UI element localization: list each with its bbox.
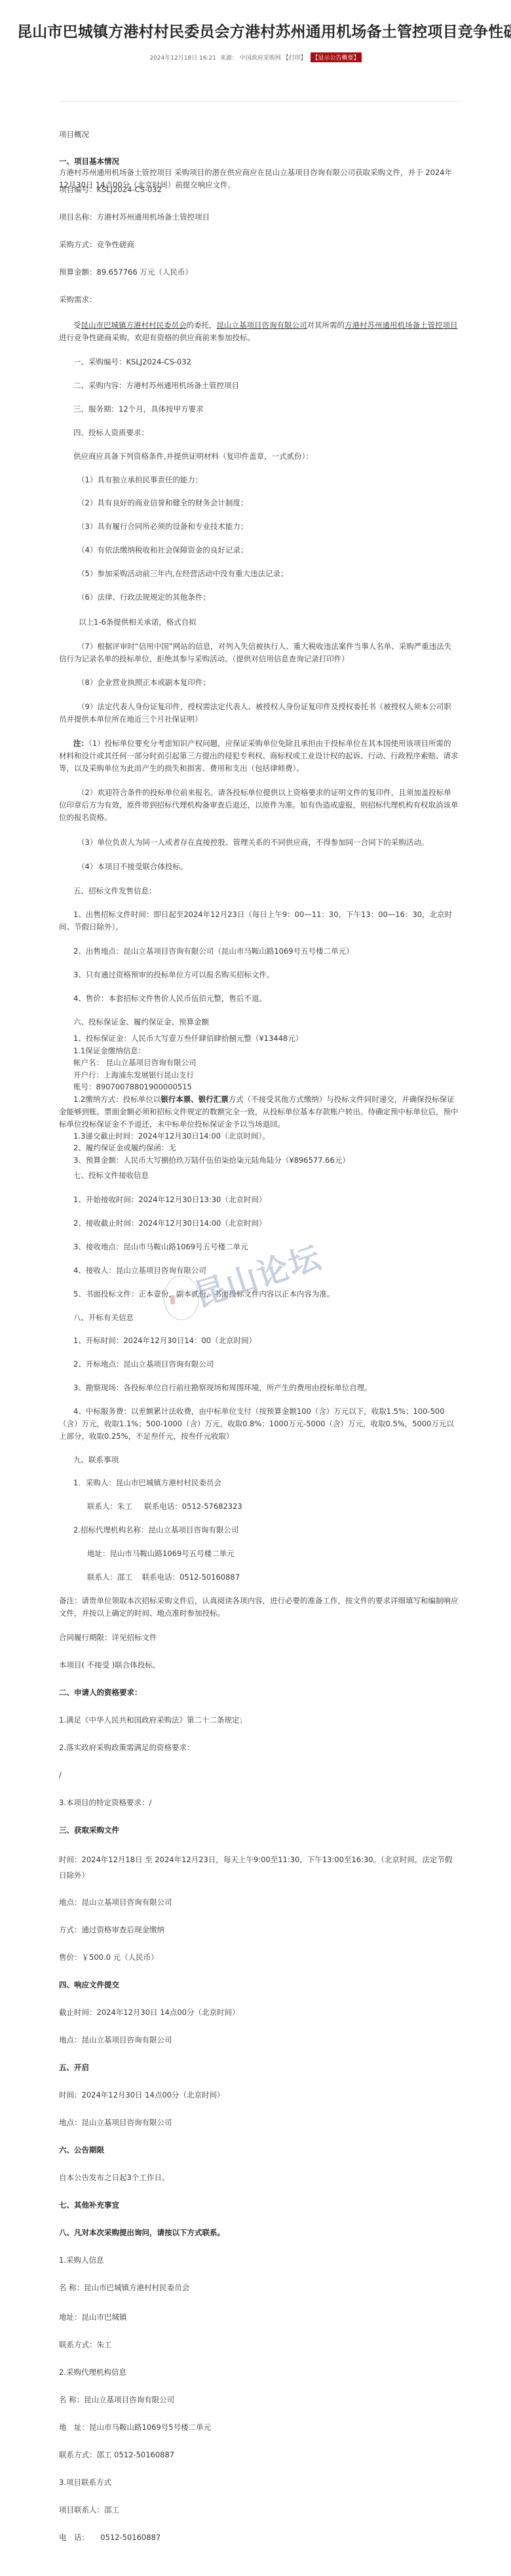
qualification-9: （9）法定代表人身份证复印件，授权需法定代表人、被授权人身份证复印件及授权委托书… <box>59 701 459 726</box>
sale-price: 4、售价：本套招标文件售价人民币伍佰元整，售后不退。 <box>73 992 459 1005</box>
source-name: 中国政府采购网 <box>240 55 281 62</box>
agency-link[interactable]: 昆山立基项目咨询有限公司 <box>217 321 307 330</box>
open-time: 时间：2024年12月30日 14点00分（北京时间） <box>59 2089 459 2101</box>
section-3-heading: 三、获取采购文件 <box>59 1824 459 1837</box>
header-divider <box>59 101 459 102</box>
qualification-1: （1）具有独立承担民事责任的能力； <box>77 474 459 486</box>
account-name: 帐户名： 昆山立基项目咨询有限公司 <box>73 1057 459 1069</box>
purchaser-info-label: 1.采购人信息 <box>59 2254 459 2267</box>
purchaser-name: 名 称：昆山市巴城镇方港村村民委员会 <box>59 2282 459 2294</box>
source-label: 来源： <box>220 55 238 62</box>
item-service-period: 三、服务期：12个月，具体按甲方要求 <box>73 403 459 416</box>
entrust-mid1: 的委托， <box>187 321 217 330</box>
bid-deposit: 1、投标保证金：人民币大写壹万叁仟肆佰肆拾捌元整（¥13448元） <box>73 1032 459 1045</box>
qualification-6: （6）法律、行政法规规定的其他条件； <box>77 591 459 604</box>
item-purchase-content: 二、采购内容：方港村苏州通用机场备土管控项目 <box>73 380 459 392</box>
article-meta: 2024年12月18日 16:21 来源：中国政府采购网 【打印】 【显示公告概… <box>0 52 511 62</box>
note-1-text: （1）投标单位要充分考虑知识产权问题，应保证采购单位免除且承担由于投标单位在其本… <box>59 739 459 773</box>
note-4: （4）本项目不接受联合体投标。 <box>77 861 459 873</box>
qualification-policy-value: / <box>59 1769 459 1782</box>
remark: 备注：请贵单位领取本次招标采购文件后，认真阅读各项内容，进行必要的准备工作，按文… <box>59 1595 459 1620</box>
announcement-page: 昆山市巴城镇方港村村民委员会方港村苏州通用机场备土管控项目竞争性磋商 2024年… <box>0 0 511 2576</box>
submit-place: 地点：昆山立基项目咨询有限公司 <box>59 2034 459 2046</box>
acquire-place: 地点：昆山立基项目咨询有限公司 <box>59 1896 459 1909</box>
item-purchase-no: 一、采购编号：KSLJ2024-CS-032 <box>73 356 459 368</box>
qualification-intro: 供应商应具备下列资格条件,并提供证明材料（复印件盖章，一式贰份）： <box>73 450 459 463</box>
receive-heading: 七、投标文件接收信息 <box>73 1169 459 1182</box>
performance-bond: 2、履约保证金或履约保函：无 <box>73 1142 459 1154</box>
submit-deadline: 截止时间：2024年12月30日 14点00分（北京时间） <box>59 2006 459 2019</box>
qualification-law: 1.满足《中华人民共和国政府采购法》第二十二条规定； <box>59 1714 459 1727</box>
project-contact-label: 3.项目联系方式 <box>59 2476 459 2489</box>
agency-address: 地 址：昆山市马鞍山路1069号5号楼二单元 <box>59 2421 459 2434</box>
section-6-heading: 六、公告期限 <box>59 2144 459 2156</box>
bank-name: 开户行：上海浦东发展银行昆山支行 <box>73 1069 459 1082</box>
project-contact-phone: 电 话： 0512-50160887 <box>59 2531 459 2544</box>
item-qualification: 四、投标人资质要求： <box>73 427 459 439</box>
contact-purchaser: 1．采购人：昆山市巴城镇方港村村民委员会 <box>73 1477 459 1489</box>
acquire-time: 时间：2024年12月18日 至 2024年12月23日，每天上午9:00至11… <box>59 1852 459 1883</box>
purchaser-contact: 联系方式：朱工 <box>59 2339 459 2351</box>
qualification-specific: 3.本项目的特定资格要求：/ <box>59 1797 459 1809</box>
sale-place: 2、出售地点：昆山立基项目咨询有限公司（昆山市马鞍山路1069号五号楼二单元） <box>73 945 459 958</box>
contact-agency-person: 联系人：邵工 联系电话：0512-50160887 <box>87 1571 459 1584</box>
project-name: 项目名称：方港村苏州通用机场备土管控项目 <box>59 211 459 224</box>
contact-agency-address: 地址：昆山市马鞍山路1069号五号楼二单元 <box>87 1548 459 1560</box>
section-1-heading: 一、项目基本情况 <box>59 155 459 168</box>
qualification-5: （5）参加采购活动前三年内,在经营活动中没有重大违法记录； <box>77 568 459 580</box>
note-1: 注：（1）投标单位要充分考虑知识产权问题，应保证采购单位免除且承担由于投标单位在… <box>59 737 459 775</box>
written-bid: 5、书面投标文件：正本壹份，副本贰份，书面投标文件内容以正本内容为准。 <box>73 1288 459 1300</box>
contact-heading: 九、联系事项 <box>73 1454 459 1466</box>
deposit-heading: 六、投标保证金、履约保证金、预算金额 <box>73 1016 459 1028</box>
contact-agency: 2.招标代理机构名称：昆山立基项目咨询有限公司 <box>73 1524 459 1536</box>
section-8-heading: 八、凡对本次采购提出询问，请按以下方式联系。 <box>59 2227 459 2239</box>
payment-pre: 1.2缴纳方式：投标单位以 <box>73 1095 161 1104</box>
qualification-3: （3）具有履行合同所必须的设备和专业技术能力； <box>77 520 459 533</box>
qualification-4: （4）有依法缴纳税收和社会保障资金的良好记录； <box>77 544 459 556</box>
project-number: 项目编号：KSLJ2024-CS-032 <box>59 184 459 196</box>
document-price: 售价：￥500.0 元（人民币） <box>59 1951 459 1964</box>
qualification-8: （8）企业营业执照正本或副本复印件； <box>77 676 459 689</box>
opening-time: 1、开标时间：2024年12月30日14：00（北京时间） <box>73 1335 459 1347</box>
deposit-deadline: 1.3递交截止时间：2024年12月30日14:00（北京时间）。 <box>73 1130 459 1142</box>
payment-method: 1.2缴纳方式：投标单位以银行本票、银行汇票方式（不接受其他方式缴纳）与投标文件… <box>59 1093 459 1131</box>
sale-eligibility: 3、只有通过资格预审的投标单位方可以报名购买招标文件。 <box>73 969 459 981</box>
print-link[interactable]: 【打印】 <box>283 55 307 62</box>
qualification-7: （7）根据评审时“信用中国”网站的信息，对列入失信被执行人、重大税收违法案件当事… <box>59 640 459 665</box>
section-7-heading: 七、其他补充事宜 <box>59 2199 459 2212</box>
opening-heading: 八、开标有关信息 <box>73 1312 459 1324</box>
show-summary-button[interactable]: 【显示公告概要】 <box>311 52 362 62</box>
sale-time: 1、出售招标文件时间：即日起至2024年12月23日（每日上午9：00—11：3… <box>59 908 459 933</box>
account-number: 账号：89070078801900000515 <box>73 1081 459 1093</box>
agency-info-label: 2.采购代理机构信息 <box>59 2366 459 2379</box>
section-5-heading: 五、开启 <box>59 2061 459 2074</box>
project-link[interactable]: 方港村苏州通用机场备土管控项目 <box>345 321 458 330</box>
contract-period: 合同履行期限：详见招标文件 <box>59 1631 459 1644</box>
contact-purchaser-person: 联系人：朱工 联系电话：0512-57682323 <box>87 1500 459 1513</box>
receive-start: 1、开始接收时间：2024年12月30日13:30（北京时间） <box>73 1194 459 1206</box>
purchaser-link[interactable]: 昆山市巴城镇方港村村民委员会 <box>81 321 187 330</box>
budget-uppercase: 3、预算金额：人民币大写捌拾玖万陆仟伍佰柒拾柒元陆角陆分（¥896577.66元… <box>73 1154 459 1167</box>
purchaser-address: 地址：昆山市巴城镇 <box>59 2311 459 2324</box>
qualification-note: 以上1-6条提供相关承诺，格式自拟 <box>79 616 459 629</box>
section-4-heading: 四、响应文件提交 <box>59 1979 459 1991</box>
acquire-method: 方式：通过资格审查后现金缴纳 <box>59 1924 459 1936</box>
entrust-post: 进行竞争性磋商采购。欢迎有资格的供应商前来参加投标。 <box>59 333 255 342</box>
payment-instruments: 银行本票、银行汇票 <box>161 1095 229 1104</box>
consortium-note: 本项目( 不接受 )联合体投标。 <box>59 1659 459 1671</box>
service-fee: 4、中标服务费：以差额累计法收费，由中标单位支付（按预算金额100（含）万元以下… <box>59 1405 459 1443</box>
note-2: （2）欢迎符合条件的投标单位前来报名。请各投标单位提供以上资格要求的证明文件的复… <box>59 787 459 824</box>
notice-period: 自本公告发布之日起3个工作日。 <box>59 2172 459 2184</box>
sale-heading: 五、招标文件发售信息： <box>73 885 459 897</box>
site-survey: 3、勘察现场：各投标单位自行前往勘察现场和周围环境，所产生的费用由投标单位自理。 <box>73 1382 459 1394</box>
overview-label: 项目概况 <box>59 128 459 141</box>
budget-amount: 预算金额：89.657766 万元（人民币） <box>59 266 459 279</box>
agency-name: 名 称：昆山立基项目咨询有限公司 <box>59 2394 459 2406</box>
note-3: （3）单位负责人为同一人或者存在直接控股、管理关系的不同供应商，不得参加同一合同… <box>77 836 459 849</box>
entrust-paragraph: 受昆山市巴城镇方港村村民委员会的委托，昆山立基项目咨询有限公司对其所需的方港村苏… <box>59 319 459 344</box>
demand-label: 采购需求： <box>59 294 459 306</box>
procurement-method: 采购方式：竞争性磋商 <box>59 239 459 251</box>
page-title: 昆山市巴城镇方港村村民委员会方港村苏州通用机场备土管控项目竞争性磋商 <box>17 20 502 41</box>
deposit-info-label: 1.1保证金缴纳信息： <box>73 1045 459 1057</box>
receiver: 4、接收人：昆山立基项目咨询有限公司 <box>73 1264 459 1277</box>
section-2-heading: 二、申请人的资格要求： <box>59 1687 459 1699</box>
entrust-mid2: 对其所需的 <box>307 321 345 330</box>
open-place: 地点：昆山立基项目咨询有限公司 <box>59 2117 459 2129</box>
project-contact-person: 项目联系人：邵工 <box>59 2504 459 2516</box>
entrust-pre: 受 <box>73 321 81 330</box>
publish-date: 2024年12月18日 16:21 <box>149 55 216 62</box>
receive-place: 3、接收地点：昆山市马鞍山路1069号五号楼二单元 <box>73 1241 459 1253</box>
receive-deadline: 2、接收截止时间：2024年12月30日14:00（北京时间） <box>73 1217 459 1230</box>
opening-place: 2、开标地点：昆山立基项目咨询有限公司 <box>73 1358 459 1371</box>
qualification-2: （2）具有良好的商业信誉和健全的财务会计制度； <box>77 497 459 509</box>
qualification-policy: 2.落实政府采购政策需满足的资格要求： <box>59 1742 459 1754</box>
note-label: 注： <box>73 739 88 748</box>
agency-contact: 联系方式：邵工 0512-50160887 <box>59 2449 459 2461</box>
